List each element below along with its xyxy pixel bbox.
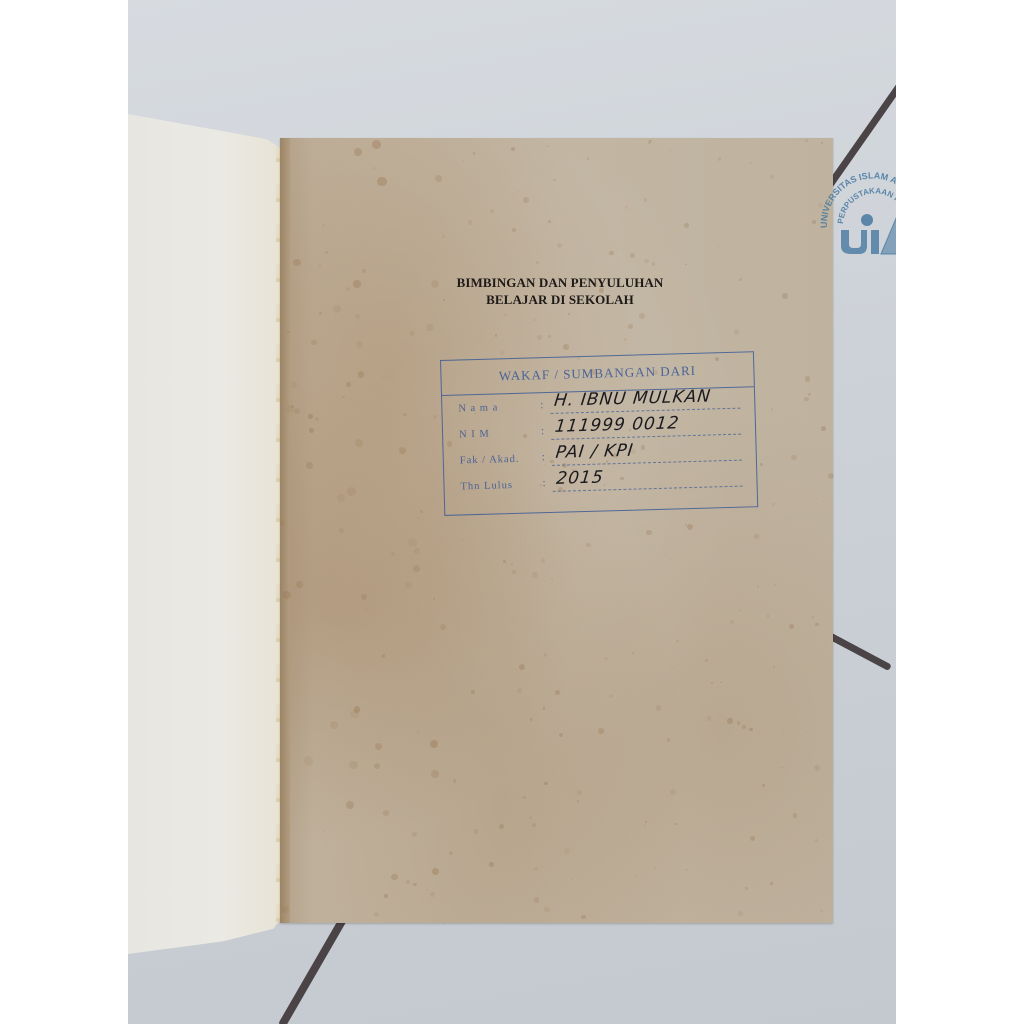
handwritten-value: 2015 <box>555 467 604 488</box>
tile-grout-line <box>827 632 892 671</box>
book-left-page <box>128 114 286 954</box>
field-label: N a m a <box>458 401 548 415</box>
title-line-2: BELAJAR DI SEKOLAH <box>410 291 710 308</box>
library-stamp: UNIVERSITAS ISLAM AS-SYAFI'IYAH PERPUSTA… <box>815 158 896 258</box>
field-label: N I M <box>459 427 549 441</box>
tile-grout-line <box>278 911 350 1024</box>
library-seal-icon: UNIVERSITAS ISLAM AS-SYAFI'IYAH PERPUSTA… <box>815 158 896 258</box>
photo: UNIVERSITAS ISLAM AS-SYAFI'IYAH PERPUSTA… <box>128 0 896 1024</box>
field-label: Fak / Akad. <box>460 453 550 467</box>
field-label: Thn Lulus <box>460 479 550 493</box>
foxing-stains <box>280 138 833 923</box>
title-line-1: BIMBINGAN DAN PENYULUHAN <box>410 274 710 291</box>
book-cover: UNIVERSITAS ISLAM AS-SYAFI'IYAH PERPUSTA… <box>280 138 833 923</box>
handwritten-value: H. IBNU MULKAN <box>553 386 712 410</box>
donation-stamp: WAKAF / SUMBANGAN DARI N a m a : H. IBNU… <box>440 351 758 516</box>
handwritten-value: 111999 0012 <box>554 413 681 437</box>
book-title: BIMBINGAN DAN PENYULUHAN BELAJAR DI SEKO… <box>410 274 710 308</box>
handwritten-value: PAI / KPI <box>555 441 635 463</box>
